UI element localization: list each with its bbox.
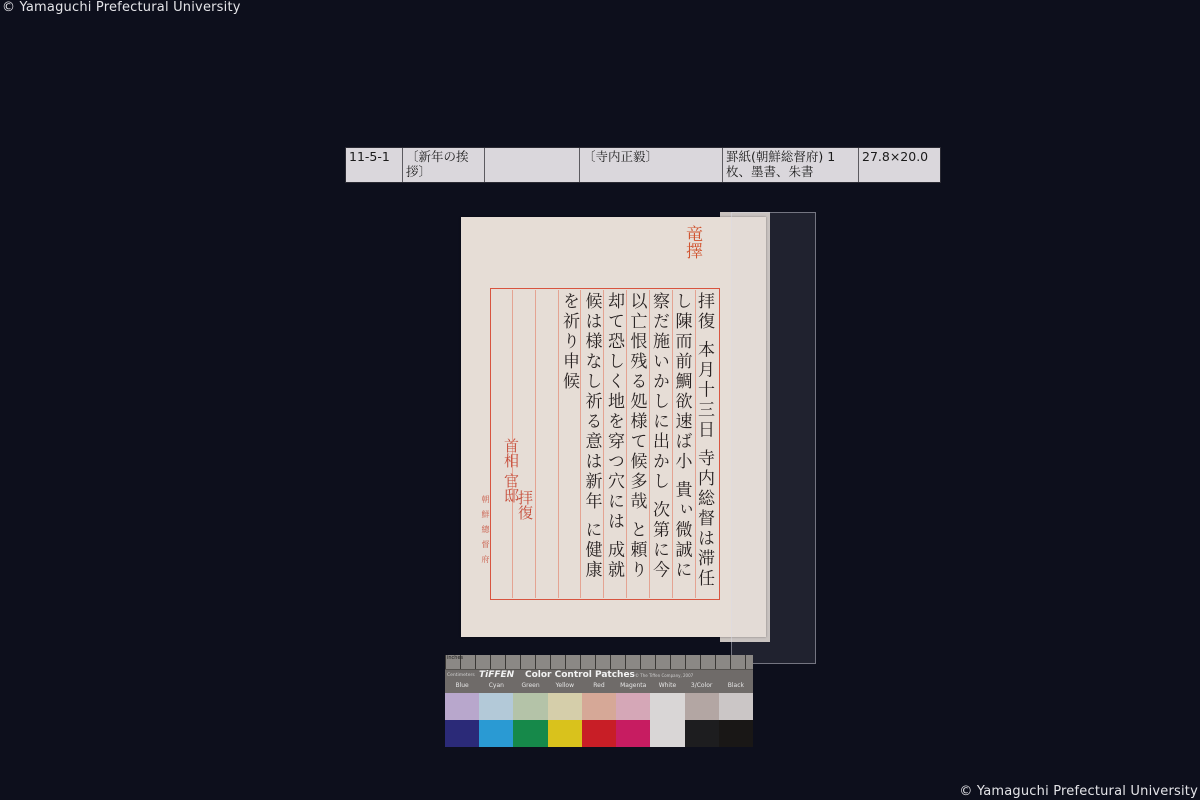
signature-reply: 拝復 <box>516 490 534 520</box>
color-patch-bottom <box>445 720 479 747</box>
color-patch-top <box>685 693 719 720</box>
color-patches <box>445 693 753 747</box>
author: 〔寺内正毅〕 <box>580 148 723 182</box>
color-patch-bottom <box>548 720 582 747</box>
patch-labels: Blue Cyan Green Yellow Red Magenta White… <box>445 682 753 692</box>
brand-logo: TiFFEN <box>479 670 514 680</box>
patch-label: Blue <box>445 682 479 692</box>
color-patch-top <box>650 693 684 720</box>
color-patch-bottom <box>650 720 684 747</box>
patch-column <box>719 693 753 747</box>
patch-label: White <box>650 682 684 692</box>
blank-cell <box>485 148 580 182</box>
color-patch-bottom <box>479 720 513 747</box>
copyright-watermark-bottom: © Yamaguchi Prefectural University <box>959 784 1198 799</box>
catalog-id: 11-5-1 <box>346 148 403 182</box>
color-patch-bottom <box>719 720 753 747</box>
patch-column <box>548 693 582 747</box>
patch-label: Magenta <box>616 682 650 692</box>
color-patch-top <box>719 693 753 720</box>
patch-column <box>685 693 719 747</box>
letter-text: 拝復 本月十三日 寺内総督は滞任し陳而前鯛欲速ば小 貴ぃ微誠に察だ施いかしに出か… <box>530 292 715 597</box>
ruler: inches <box>445 655 753 670</box>
dimensions: 27.8×20.0 <box>859 148 940 182</box>
color-patch-bottom <box>616 720 650 747</box>
office-imprint: 朝鮮總督府 <box>480 495 491 570</box>
patch-column <box>650 693 684 747</box>
document-title: 〔新年の挨拶〕 <box>403 148 485 182</box>
color-patch-top <box>445 693 479 720</box>
color-patch-top <box>548 693 582 720</box>
patch-column <box>445 693 479 747</box>
color-patch-top <box>616 693 650 720</box>
patch-label: Red <box>582 682 616 692</box>
acetate-sheet <box>731 212 816 664</box>
copyright-watermark-top: © Yamaguchi Prefectural University <box>2 0 241 15</box>
chart-copyright: © The Tiffen Company, 2007 <box>635 673 693 678</box>
patch-column <box>616 693 650 747</box>
color-patch-bottom <box>685 720 719 747</box>
combination-label: Centimeters <box>447 673 475 678</box>
color-patch-top <box>513 693 547 720</box>
color-checker-card: inches Centimeters TiFFEN Color Control … <box>445 655 753 747</box>
patch-label: Green <box>513 682 547 692</box>
red-annotation: 竜擇 <box>679 225 701 259</box>
patch-label: Black <box>719 682 753 692</box>
color-patch-bottom <box>582 720 616 747</box>
color-patch-top <box>479 693 513 720</box>
ruler-label: inches <box>447 655 463 661</box>
color-patch-top <box>582 693 616 720</box>
catalog-label: 11-5-1 〔新年の挨拶〕 〔寺内正毅〕 罫紙(朝鮮総督府) 1枚、墨書、朱書… <box>345 147 941 183</box>
material: 罫紙(朝鮮総督府) 1枚、墨書、朱書 <box>723 148 859 182</box>
chart-title: Color Control Patches <box>525 670 635 680</box>
patch-label: Yellow <box>548 682 582 692</box>
patch-column <box>582 693 616 747</box>
patch-column <box>479 693 513 747</box>
patch-column <box>513 693 547 747</box>
patch-label: Cyan <box>479 682 513 692</box>
patch-label: 3/Color <box>685 682 719 692</box>
color-patch-bottom <box>513 720 547 747</box>
